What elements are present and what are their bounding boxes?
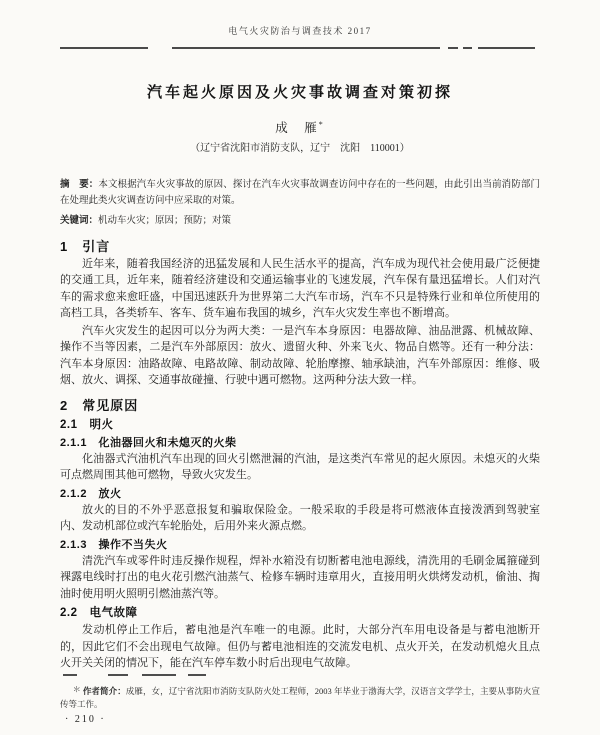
subsubsection-heading-arson: 2.1.2 放火 [60, 487, 540, 501]
footnote-label: 作者简介： [83, 686, 126, 696]
subsubsection-heading-improper-operation: 2.1.3 操作不当失火 [60, 538, 540, 552]
header-rule-segment [172, 47, 440, 49]
paragraph: 清洗汽车或零件时违反操作规程，焊补水箱没有切断蓄电池电源线，清洗用的毛刷金属箍碰… [60, 553, 540, 603]
footnote-separator-dash [188, 674, 206, 676]
section-heading-introduction: 1 引言 [60, 238, 540, 255]
page-title: 汽车起火原因及火灾事故调查对策初探 [60, 82, 540, 104]
abstract-label: 摘 要： [60, 179, 98, 190]
affiliation: （辽宁省沈阳市消防支队，辽宁 沈阳 110001） [60, 142, 540, 155]
header-rule-segment [478, 47, 535, 49]
paragraph: 汽车火灾发生的起因可以分为两大类：一是汽车本身原因：电器故障、油品泄露、机械故障… [60, 323, 540, 389]
paragraph: 发动机停止工作后，蓄电池是汽车唯一的电源。此时，大部分汽车用电设备是与蓄电池断开… [60, 622, 540, 672]
keywords-label: 关键词： [60, 215, 98, 226]
author-footnote-marker: * [319, 120, 325, 129]
article-body: 汽车起火原因及火灾事故调查对策初探 成 雁* （辽宁省沈阳市消防支队，辽宁 沈阳… [60, 76, 540, 672]
page-footer: ＊作者简介：成雁，女，辽宁省沈阳市消防支队防火处工程师，2003 年毕业于渤海大… [60, 674, 540, 725]
author-line: 成 雁* [60, 117, 540, 136]
paragraph: 化油器式汽油机汽车出现的回火引燃泄漏的汽油，是这类汽车常见的起火原因。未熄灭的火… [60, 451, 540, 484]
paragraph: 放火的目的不外乎恶意报复和骗取保险金。一般采取的手段是将可燃液体直接泼洒到驾驶室… [60, 502, 540, 535]
footnote-marker: ＊ [73, 685, 83, 694]
author-name: 成 雁 [275, 121, 319, 135]
abstract-text: 本文根据汽车火灾事故的原因、探讨在汽车火灾事故调查访问中存在的一些问题，由此引出… [60, 180, 540, 206]
keywords-text: 机动车火灾；原因；预防；对策 [98, 216, 231, 226]
header-rule-segment [60, 47, 148, 49]
author-bio-footnote: ＊作者简介：成雁，女，辽宁省沈阳市消防支队防火处工程师，2003 年毕业于渤海大… [60, 683, 540, 711]
page-number: · 210 · [60, 714, 540, 725]
subsubsection-heading-carburetor-backfire: 2.1.1 化油器回火和未熄灭的火柴 [60, 436, 540, 450]
header-rule-segment [448, 47, 458, 49]
abstract: 摘 要：本文根据汽车火灾事故的原因、探讨在汽车火灾事故调查访问中存在的一些问题，… [60, 177, 540, 209]
section-heading-common-causes: 2 常见原因 [60, 397, 540, 414]
paragraph: 近年来，随着我国经济的迅猛发展和人民生活水平的提高，汽车成为现代社会使用最广泛便… [60, 256, 540, 322]
footnote-separator-dash [108, 674, 128, 676]
journal-header: 电气火灾防治与调查技术 2017 [0, 24, 600, 37]
footnote-separator [60, 674, 540, 676]
footnote-text: 成雁，女，辽宁省沈阳市消防支队防火处工程师，2003 年毕业于渤海大学，汉语言文… [60, 686, 540, 709]
subsection-heading-electrical-fault: 2.2 电气故障 [60, 606, 540, 621]
header-rule-segment [463, 47, 472, 49]
keywords: 关键词：机动车火灾；原因；预防；对策 [60, 213, 540, 230]
document-page: 电气火灾防治与调查技术 2017 汽车起火原因及火灾事故调查对策初探 成 雁* … [0, 0, 600, 735]
footnote-separator-dash [142, 674, 176, 676]
subsection-heading-open-flame: 2.1 明火 [60, 418, 540, 433]
footnote-separator-dash [63, 674, 77, 676]
